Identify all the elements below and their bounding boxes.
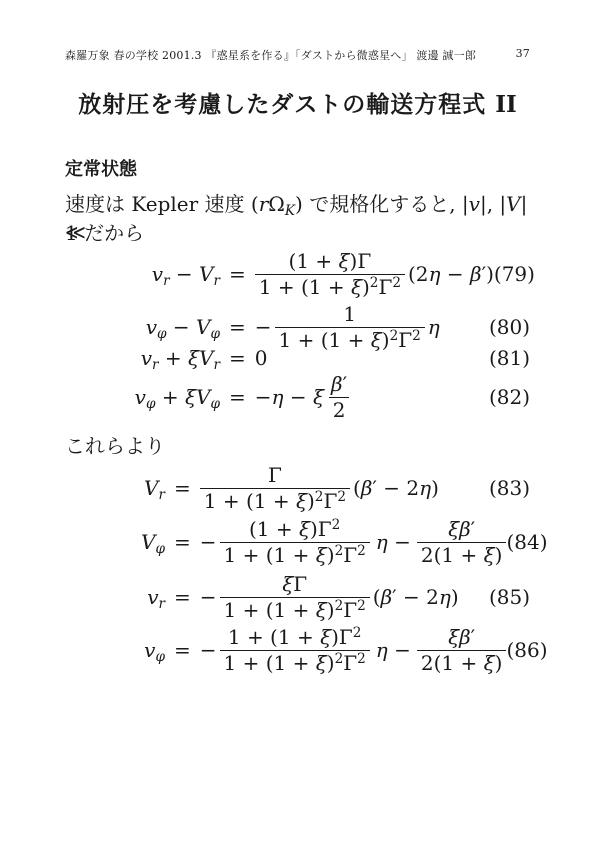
equation-middle-term: η − <box>376 638 411 662</box>
header-text: 森羅万象 春の学校 2001.3 『惑星系を作る』「ダストから微惑星へ」 渡邊 … <box>65 47 476 63</box>
equation-number: (81) <box>489 346 530 370</box>
equation-number: (84) <box>506 530 547 554</box>
header-page-number: 37 <box>516 47 530 63</box>
fraction-first: 1 + (1 + ξ)Γ2 1 + (1 + ξ)2Γ2 <box>220 625 370 676</box>
equation-82: vφ + ξVφ = −η − ξ β′ 2 (82) <box>65 369 530 425</box>
equation-rhs-prefix: −η − ξ <box>255 385 324 409</box>
fraction-numerator: ξΓ <box>278 572 311 597</box>
fraction-second: ξβ′ 2(1 + ξ) <box>417 625 507 676</box>
fraction-numerator: 1 <box>339 302 360 327</box>
minus-sign: − <box>200 530 217 554</box>
equation-lhs: Vr <box>65 476 165 500</box>
fraction-denominator: 1 + (1 + ξ)2Γ2 <box>200 488 350 514</box>
fraction-numerator: (1 + ξ)Γ <box>285 249 376 274</box>
equation-lhs: vr <box>65 585 165 609</box>
equals-sign: = <box>174 585 191 609</box>
equation-83: Vr = Γ 1 + (1 + ξ)2Γ2 (β′ − 2η) (83) <box>65 460 530 516</box>
page-header: 森羅万象 春の学校 2001.3 『惑星系を作る』「ダストから微惑星へ」 渡邊 … <box>65 47 530 63</box>
equation-rhs-factor: (2η − β′) <box>408 262 494 286</box>
equation-number: (85) <box>489 585 530 609</box>
page-title-japanese: 放射圧を考慮したダストの輸送方程式 <box>78 92 495 118</box>
equation-rhs-factor: (β′ − 2η) <box>353 476 439 500</box>
paragraph-line-2: 1 だから <box>65 219 545 247</box>
fraction-numerator: (1 + ξ)Γ2 <box>245 517 344 542</box>
equation-lhs: vr − Vr <box>65 262 220 286</box>
equation-rhs: 0 <box>255 346 268 370</box>
fraction-denominator: 1 + (1 + ξ)2Γ2 <box>255 274 405 300</box>
equals-sign: = <box>174 476 191 500</box>
fraction: β′ 2 <box>327 372 351 423</box>
equation-86: vφ = − 1 + (1 + ξ)Γ2 1 + (1 + ξ)2Γ2 η − … <box>65 622 530 678</box>
page-title: 放射圧を考慮したダストの輸送方程式 II <box>0 86 595 119</box>
fraction-numerator: ξβ′ <box>444 517 479 542</box>
equation-84: Vφ = − (1 + ξ)Γ2 1 + (1 + ξ)2Γ2 η − ξβ′ … <box>65 514 530 570</box>
equation-lhs: Vφ <box>65 530 165 554</box>
fraction-numerator: β′ <box>327 372 351 397</box>
minus-sign: − <box>200 585 217 609</box>
fraction-numerator: ξβ′ <box>444 625 479 650</box>
connector-text: これらより <box>65 430 165 459</box>
fraction-second: ξβ′ 2(1 + ξ) <box>417 517 507 568</box>
equation-number: (79) <box>494 262 535 286</box>
page-title-roman-numeral: II <box>495 91 517 118</box>
document-page: 森羅万象 春の学校 2001.3 『惑星系を作る』「ダストから微惑星へ」 渡邊 … <box>0 0 595 842</box>
fraction-denominator: 2(1 + ξ) <box>417 542 507 568</box>
fraction-denominator: 2 <box>329 397 350 423</box>
equation-number: (86) <box>506 638 547 662</box>
fraction-denominator: 1 + (1 + ξ)2Γ2 <box>220 542 370 568</box>
minus-sign: − <box>200 638 217 662</box>
fraction: (1 + ξ)Γ 1 + (1 + ξ)2Γ2 <box>255 249 405 300</box>
equals-sign: = <box>229 385 246 409</box>
equals-sign: = <box>174 638 191 662</box>
equation-lhs: vr + ξVr <box>65 346 220 370</box>
equation-number: (82) <box>489 385 530 409</box>
fraction-numerator: 1 + (1 + ξ)Γ2 <box>224 625 366 650</box>
equals-sign: = <box>229 346 246 370</box>
equation-number: (83) <box>489 476 530 500</box>
equation-lhs: vφ <box>65 638 165 662</box>
equation-rhs-factor: (β′ − 2η) <box>373 585 459 609</box>
section-heading: 定常状態 <box>65 155 137 181</box>
equals-sign: = <box>229 262 246 286</box>
fraction: ξΓ 1 + (1 + ξ)2Γ2 <box>220 572 370 623</box>
fraction-denominator: 1 + (1 + ξ)2Γ2 <box>220 650 370 676</box>
equation-85: vr = − ξΓ 1 + (1 + ξ)2Γ2 (β′ − 2η) (85) <box>65 569 530 625</box>
equation-lhs: vφ + ξVφ <box>65 385 220 409</box>
fraction-numerator: Γ <box>264 463 286 488</box>
equation-79: vr − Vr = (1 + ξ)Γ 1 + (1 + ξ)2Γ2 (2η − … <box>65 246 530 302</box>
equals-sign: = <box>174 530 191 554</box>
equation-middle-term: η − <box>376 530 411 554</box>
fraction-denominator: 1 + (1 + ξ)2Γ2 <box>220 597 370 623</box>
fraction-denominator: 2(1 + ξ) <box>417 650 507 676</box>
fraction-first: (1 + ξ)Γ2 1 + (1 + ξ)2Γ2 <box>220 517 370 568</box>
fraction: Γ 1 + (1 + ξ)2Γ2 <box>200 463 350 514</box>
